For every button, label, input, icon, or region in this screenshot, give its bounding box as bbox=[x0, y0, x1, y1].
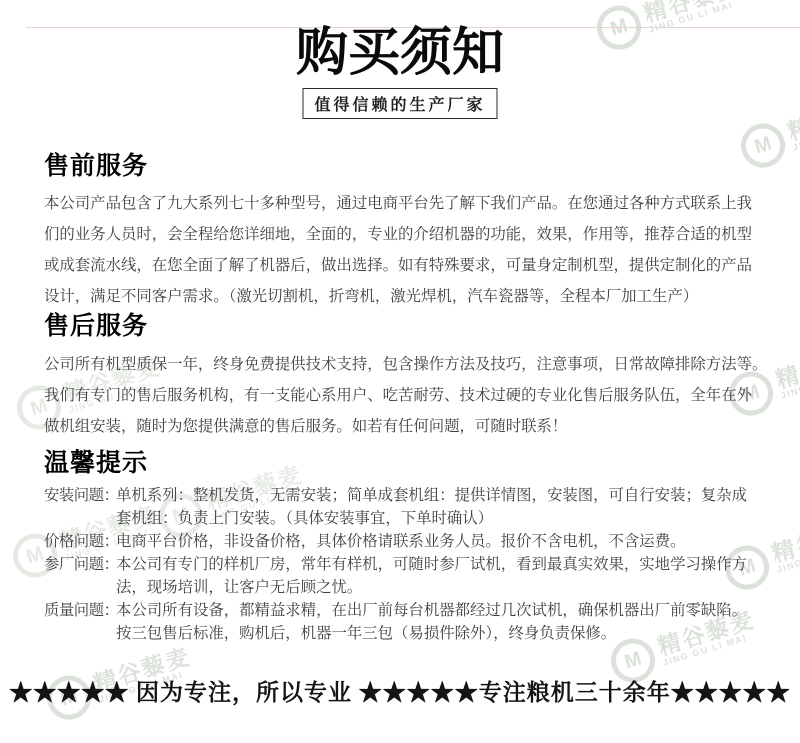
tip-label: 参厂问题： bbox=[44, 553, 116, 576]
tip-item-quality: 质量问题： 本公司所有设备，都精益求精，在出厂前每台机器都经过几次试机，确保机器… bbox=[44, 599, 747, 645]
tip-line: 单机系列：整机发货，无需安装；简单成套机组：提供详情图，安装图，可自行安装；复杂… bbox=[116, 484, 747, 507]
brand-name-cn: 精谷藜麦 bbox=[769, 514, 800, 566]
aftersale-line: 公司所有机型质保一年，终身免费提供技术支持，包含操作方法及技巧，注意事项，日常故… bbox=[44, 349, 767, 380]
brand-name-cn: 精谷藜麦 bbox=[773, 340, 800, 392]
brand-name-cn: 精谷藜麦 bbox=[785, 92, 800, 144]
brand-watermark-text: 精谷藜麦 JING GU LI MAI bbox=[769, 514, 800, 575]
tip-body: 本公司有专门的样机厂房，常年有样机，可随时参厂试机，看到最真实效果，实地学习操作… bbox=[116, 553, 747, 599]
aftersale-paragraph: 公司所有机型质保一年，终身免费提供技术支持，包含操作方法及技巧，注意事项，日常故… bbox=[44, 349, 767, 442]
presale-heading: 售前服务 bbox=[44, 154, 148, 179]
footer-slogan: ★★★★★ 因为专注，所以专业 ★★★★★专注粮机三十余年★★★★★ bbox=[0, 674, 800, 707]
tip-body: 电商平台价格，非设备价格，具体价格请联系业务人员。报价不含电机，不含运费。 bbox=[116, 530, 685, 553]
tip-line: 法，现场培训，让客户无后顾之忧。 bbox=[116, 576, 747, 599]
brand-name-en: JING GU LI MAI bbox=[792, 115, 800, 153]
tip-body: 单机系列：整机发货，无需安装；简单成套机组：提供详情图，安装图，可自行安装；复杂… bbox=[116, 484, 747, 530]
presale-line: 或成套流水线，在您全面了解了机器后，做出选择。如有特殊要求，可量身定制机型，提供… bbox=[44, 250, 752, 281]
brand-watermark-text: 精谷藜麦 JING GU LI MAI bbox=[773, 340, 800, 401]
tip-line: 套机组：负责上门安装。（具体安装事宜，下单时确认） bbox=[116, 507, 747, 530]
tip-body: 本公司所有设备，都精益求精，在出厂前每台机器都经过几次试机，确保机器出厂前零缺陷… bbox=[116, 599, 747, 645]
purchase-notice-page: M 精谷藜麦 JING GU LI MAI M 精谷藜麦 JING GU LI … bbox=[0, 0, 800, 743]
tip-item-factory-visit: 参厂问题： 本公司有专门的样机厂房，常年有样机，可随时参厂试机，看到最真实效果，… bbox=[44, 553, 747, 599]
tip-label: 安装问题： bbox=[44, 484, 116, 507]
tagline-text: 值得信赖的生产厂家 bbox=[314, 97, 485, 114]
aftersale-line: 做机组安装，随时为您提供满意的售后服务。如若有任何问题，可随时联系！ bbox=[44, 411, 767, 442]
brand-name-en: JING GU LI MAI bbox=[776, 537, 800, 575]
brand-name-en: JING GU LI MAI bbox=[780, 363, 800, 401]
brand-watermark-text: 精谷藜麦 JING GU LI MAI bbox=[785, 92, 800, 153]
brand-monogram: M bbox=[622, 647, 645, 674]
tagline-box: 值得信赖的生产厂家 bbox=[302, 88, 497, 119]
brand-monogram: M bbox=[752, 132, 775, 159]
tip-line: 按三包售后标准，购机后，机器一年三包（易损件除外），终身负责保修。 bbox=[116, 622, 747, 645]
presale-line: 们的业务人员时，会全程给您详细地，全面的，专业的介绍机器的功能，效果，作用等，推… bbox=[44, 219, 752, 250]
presale-line: 设计，满足不同客户需求。（激光切割机，折弯机，激光焊机，汽车瓷器等，全程本厂加工… bbox=[44, 281, 752, 312]
brand-monogram: M bbox=[24, 542, 47, 569]
tip-label: 质量问题： bbox=[44, 599, 116, 622]
brand-logo-icon: M bbox=[736, 118, 791, 173]
tip-line: 电商平台价格，非设备价格，具体价格请联系业务人员。报价不含电机，不含运费。 bbox=[116, 530, 685, 553]
tip-line: 本公司有专门的样机厂房，常年有样机，可随时参厂试机，看到最真实效果，实地学习操作… bbox=[116, 553, 747, 576]
presale-line: 本公司产品包含了九大系列七十多种型号，通过电商平台先了解下我们产品。在您通过各种… bbox=[44, 188, 752, 219]
brand-watermark: M 精谷藜麦 JING GU LI MAI bbox=[736, 87, 800, 173]
tips-heading: 温馨提示 bbox=[44, 451, 148, 476]
tip-label: 价格问题： bbox=[44, 530, 116, 553]
tip-line: 本公司所有设备，都精益求精，在出厂前每台机器都经过几次试机，确保机器出厂前零缺陷… bbox=[116, 599, 747, 622]
page-title: 购买须知 bbox=[0, 26, 800, 81]
tip-item-installation: 安装问题： 单机系列：整机发货，无需安装；简单成套机组：提供详情图，安装图，可自… bbox=[44, 484, 747, 530]
aftersale-heading: 售后服务 bbox=[44, 314, 148, 339]
presale-paragraph: 本公司产品包含了九大系列七十多种型号，通过电商平台先了解下我们产品。在您通过各种… bbox=[44, 188, 752, 312]
tip-item-price: 价格问题： 电商平台价格，非设备价格，具体价格请联系业务人员。报价不含电机，不含… bbox=[44, 530, 747, 553]
tips-list: 安装问题： 单机系列：整机发货，无需安装；简单成套机组：提供详情图，安装图，可自… bbox=[44, 484, 747, 645]
brand-name-cn: 精谷藜麦 bbox=[641, 0, 744, 26]
aftersale-line: 我们有专门的售后服务机构，有一支能心系用户、吃苦耐劳、技术过硬的专业化售后服务队… bbox=[44, 380, 767, 411]
